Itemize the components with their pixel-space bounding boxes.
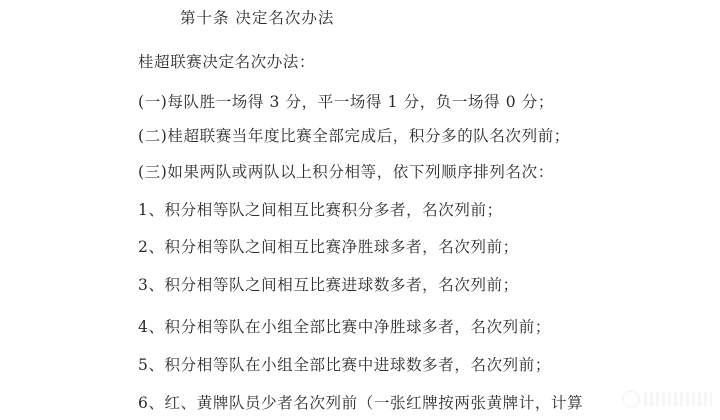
intro-text: 桂超联赛决定名次办法： <box>138 52 315 72</box>
tiebreaker-1: 1、积分相等队之间相互比赛积分多者，名次列前； <box>138 200 503 220</box>
article-heading: 第十条 决定名次办法 <box>180 8 334 28</box>
rule-2: (二)桂超联赛当年度比赛全部完成后，积分多的队名次列前； <box>138 126 570 146</box>
document-page: 第十条 决定名次办法 桂超联赛决定名次办法： (一)每队胜一场得 3 分，平一场… <box>0 0 720 420</box>
tiebreaker-2: 2、积分相等队之间相互比赛净胜球多者，名次列前； <box>138 237 519 257</box>
logo-watermark-icon <box>622 388 712 410</box>
watermark-text-mark <box>644 392 712 406</box>
rule-3: (三)如果两队或两队以上积分相等，依下列顺序排列名次： <box>138 162 554 182</box>
tiebreaker-6: 6、红、黄牌队员少者名次列前（一张红牌按两张黄牌计，计算 <box>138 393 583 413</box>
watermark-circle-icon <box>622 390 640 408</box>
tiebreaker-4: 4、积分相等队在小组全部比赛中净胜球多者，名次列前； <box>138 317 551 337</box>
tiebreaker-3: 3、积分相等队之间相互比赛进球数多者，名次列前； <box>138 275 519 295</box>
tiebreaker-5: 5、积分相等队在小组全部比赛中进球数多者，名次列前； <box>138 355 551 375</box>
rule-1: (一)每队胜一场得 3 分，平一场得 1 分，负一场得 0 分； <box>138 92 554 112</box>
